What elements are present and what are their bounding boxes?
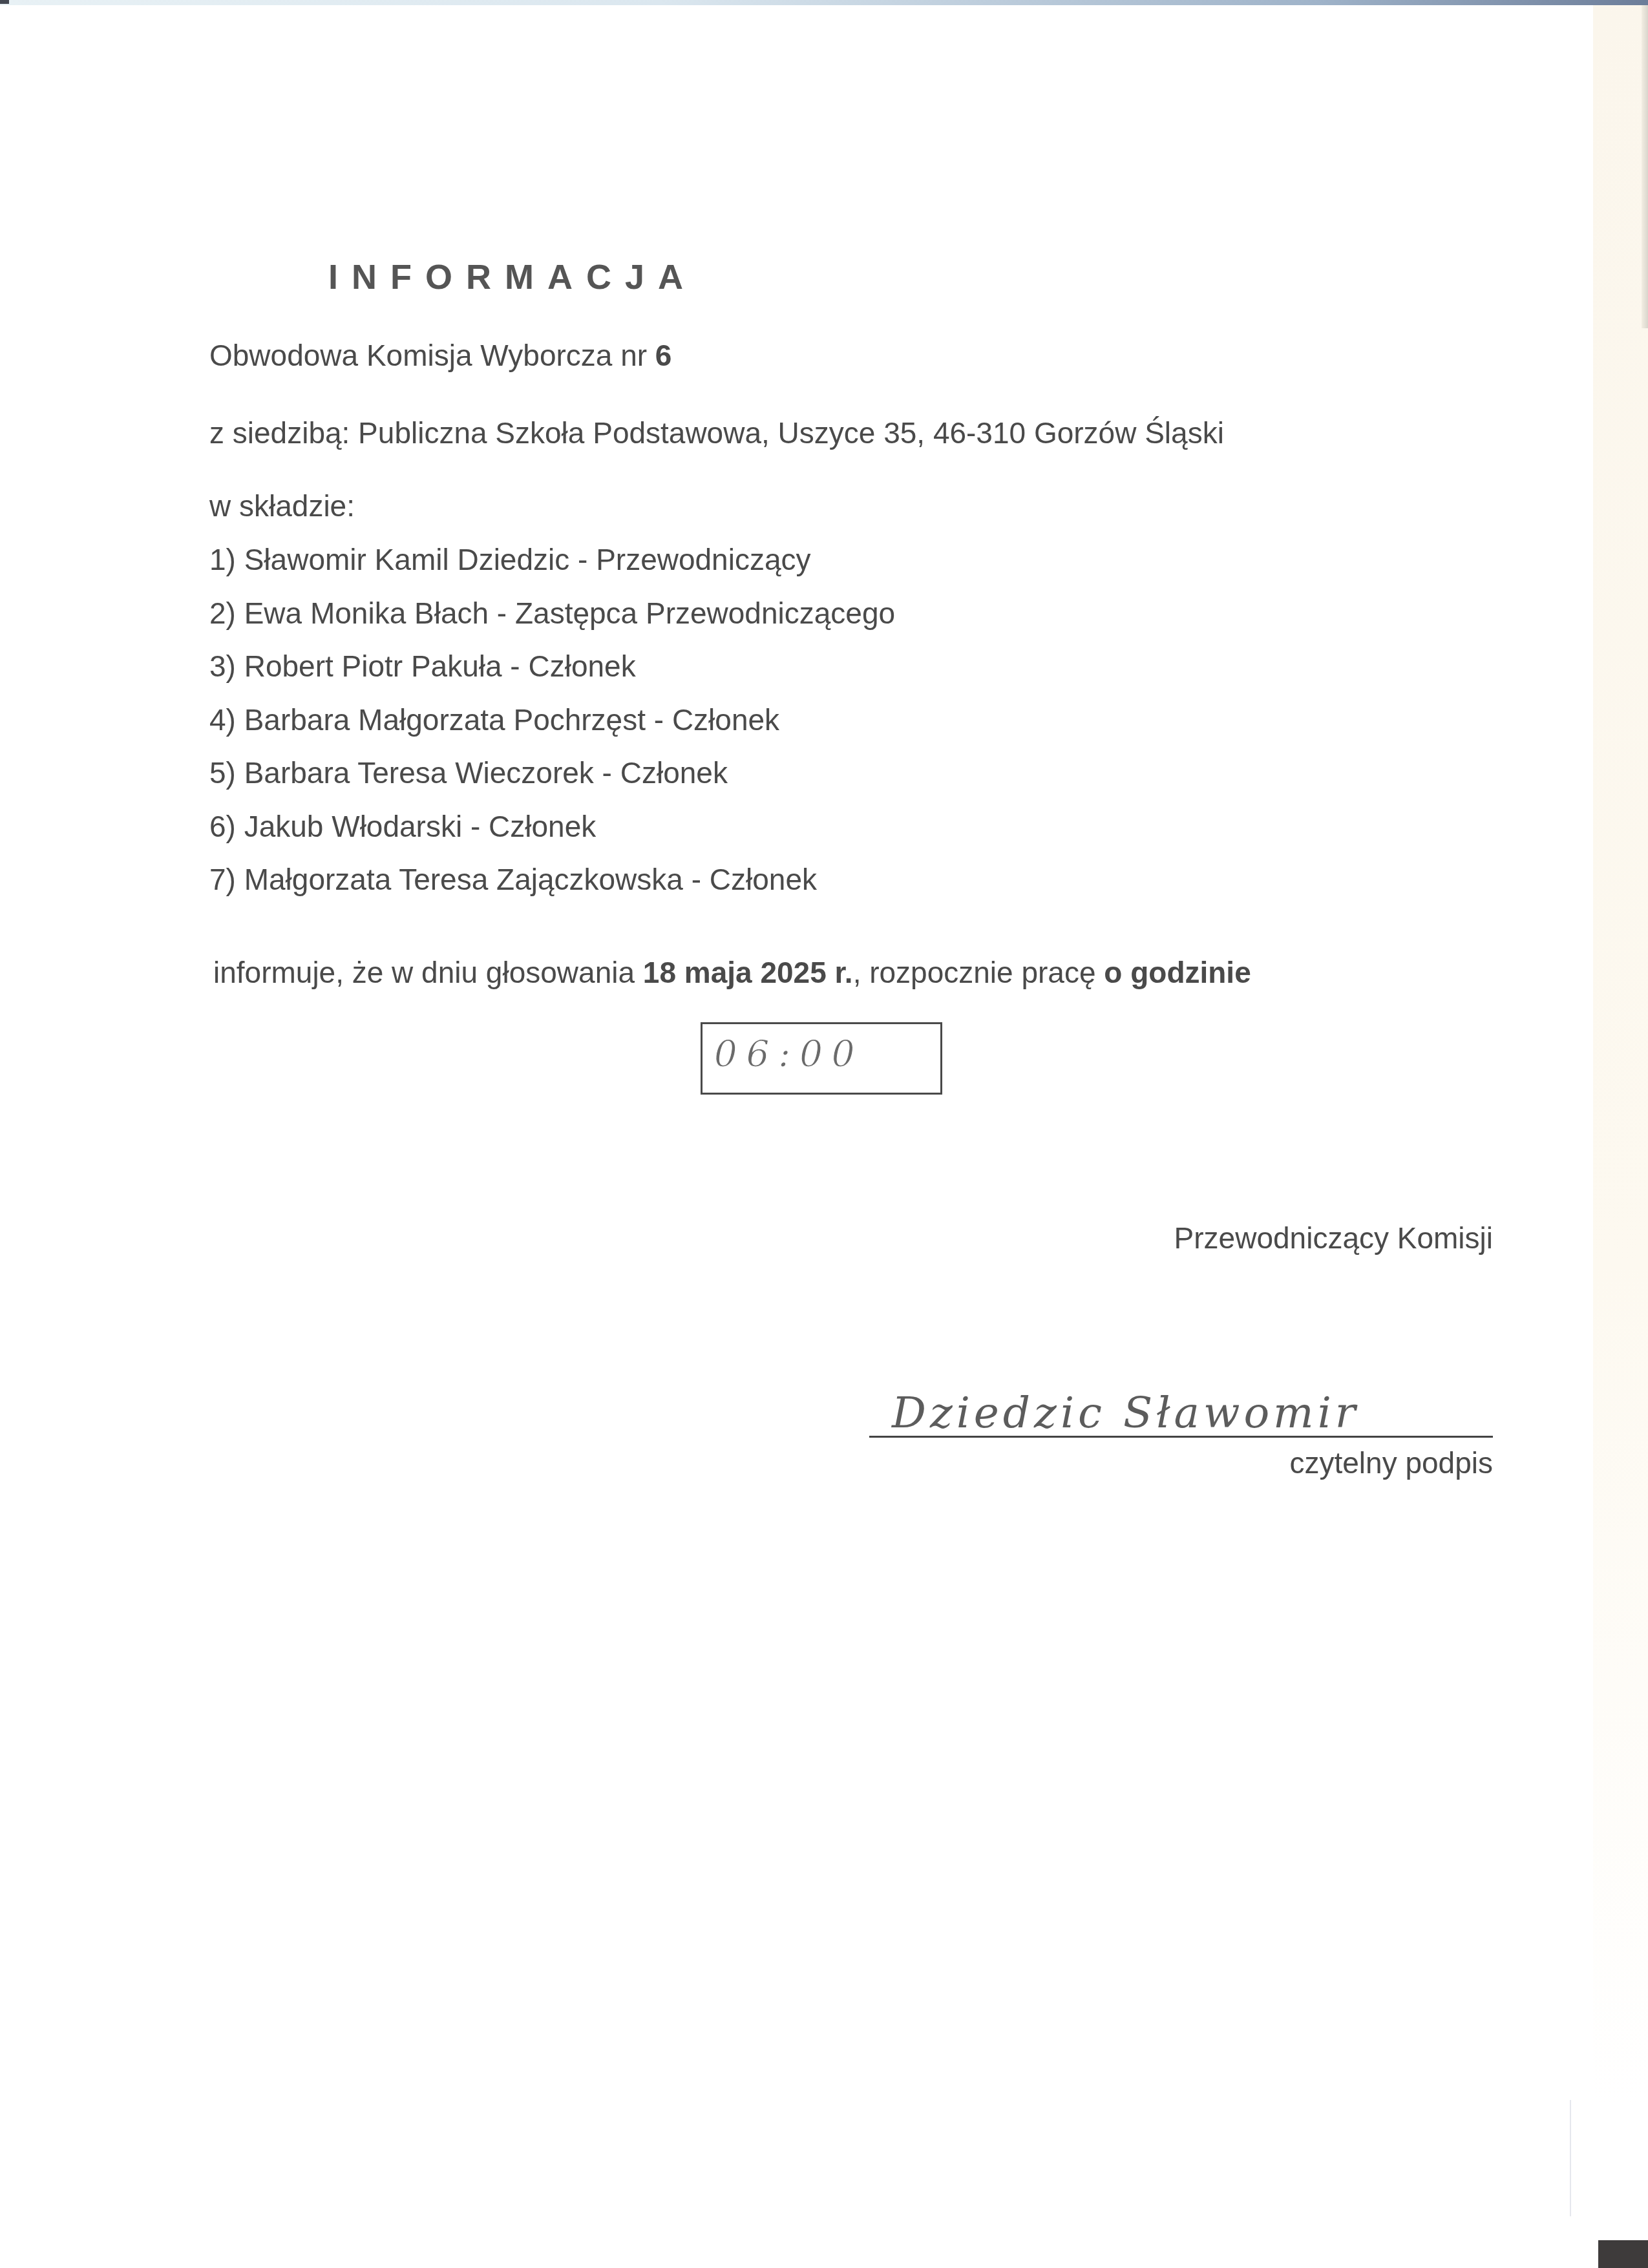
member-number: 1) — [209, 543, 236, 576]
member-role: Członek — [528, 649, 635, 683]
member-name: Barbara Małgorzata Pochrzęst — [244, 703, 646, 737]
member-separator: - — [594, 756, 620, 790]
member-separator: - — [462, 810, 489, 843]
chair-label: Przewodniczący Komisji — [1174, 1221, 1493, 1255]
scan-edge-right — [1593, 5, 1648, 2105]
member-number: 3) — [209, 649, 236, 683]
scan-faint-line — [1570, 2100, 1571, 2216]
member-separator: - — [489, 596, 515, 630]
signature-line — [869, 1436, 1493, 1438]
member-number: 6) — [209, 810, 236, 843]
statement-text-3: o godzinie — [1104, 956, 1251, 989]
member-item: 1) Sławomir Kamil Dziedzic - Przewodnicz… — [209, 545, 811, 574]
member-number: 2) — [209, 596, 236, 630]
member-item: 3) Robert Piotr Pakuła - Członek — [209, 651, 636, 681]
scan-mark-top-left — [0, 0, 9, 4]
signature-caption: czytelny podpis — [1290, 1445, 1494, 1480]
member-separator: - — [502, 649, 529, 683]
member-role: Członek — [672, 703, 779, 737]
commission-number: 6 — [655, 339, 672, 372]
commission-line: Obwodowa Komisja Wyborcza nr 6 — [209, 341, 671, 370]
member-number: 7) — [209, 863, 236, 896]
commission-prefix: Obwodowa Komisja Wyborcza nr — [209, 339, 655, 372]
member-role: Członek — [489, 810, 596, 843]
member-role: Członek — [620, 756, 728, 790]
scan-mark-bottom-right — [1598, 2240, 1648, 2268]
member-name: Jakub Włodarski — [244, 810, 462, 843]
member-item: 4) Barbara Małgorzata Pochrzęst - Człone… — [209, 705, 779, 735]
member-item: 5) Barbara Teresa Wieczorek - Członek — [209, 758, 728, 788]
member-role: Członek — [710, 863, 817, 896]
member-separator: - — [646, 703, 672, 737]
member-separator: - — [569, 543, 596, 576]
member-number: 4) — [209, 703, 236, 737]
member-item: 6) Jakub Włodarski - Członek — [209, 812, 596, 841]
member-separator: - — [683, 863, 710, 896]
member-role: Przewodniczący — [596, 543, 810, 576]
member-name: Robert Piotr Pakuła — [244, 649, 502, 683]
statement-text-2: , rozpocznie pracę — [853, 956, 1104, 989]
member-name: Sławomir Kamil Dziedzic — [244, 543, 570, 576]
handwritten-signature: Dziedzic Sławomir — [892, 1388, 1359, 1438]
election-date: 18 maja 2025 r. — [643, 956, 853, 989]
member-number: 5) — [209, 756, 236, 790]
composition-label: w składzie: — [209, 491, 355, 521]
member-name: Małgorzata Teresa Zajączkowska — [244, 863, 683, 896]
member-name: Barbara Teresa Wieczorek — [244, 756, 594, 790]
member-name: Ewa Monika Błach — [244, 596, 489, 630]
start-time-handwritten: 06:00 — [714, 1033, 863, 1075]
member-role: Zastępca Przewodniczącego — [515, 596, 895, 630]
member-item: 7) Małgorzata Teresa Zajączkowska - Czło… — [209, 865, 817, 894]
seat-line: z siedzibą: Publiczna Szkoła Podstawowa,… — [209, 418, 1224, 448]
statement-line: informuje, że w dniu głosowania 18 maja … — [213, 958, 1251, 987]
statement-text-1: informuje, że w dniu głosowania — [213, 956, 643, 989]
member-item: 2) Ewa Monika Błach - Zastępca Przewodni… — [209, 598, 895, 628]
start-time-box: 06:00 — [701, 1022, 942, 1095]
scan-edge-top — [0, 0, 1648, 5]
document-title: INFORMACJA — [0, 257, 1648, 297]
